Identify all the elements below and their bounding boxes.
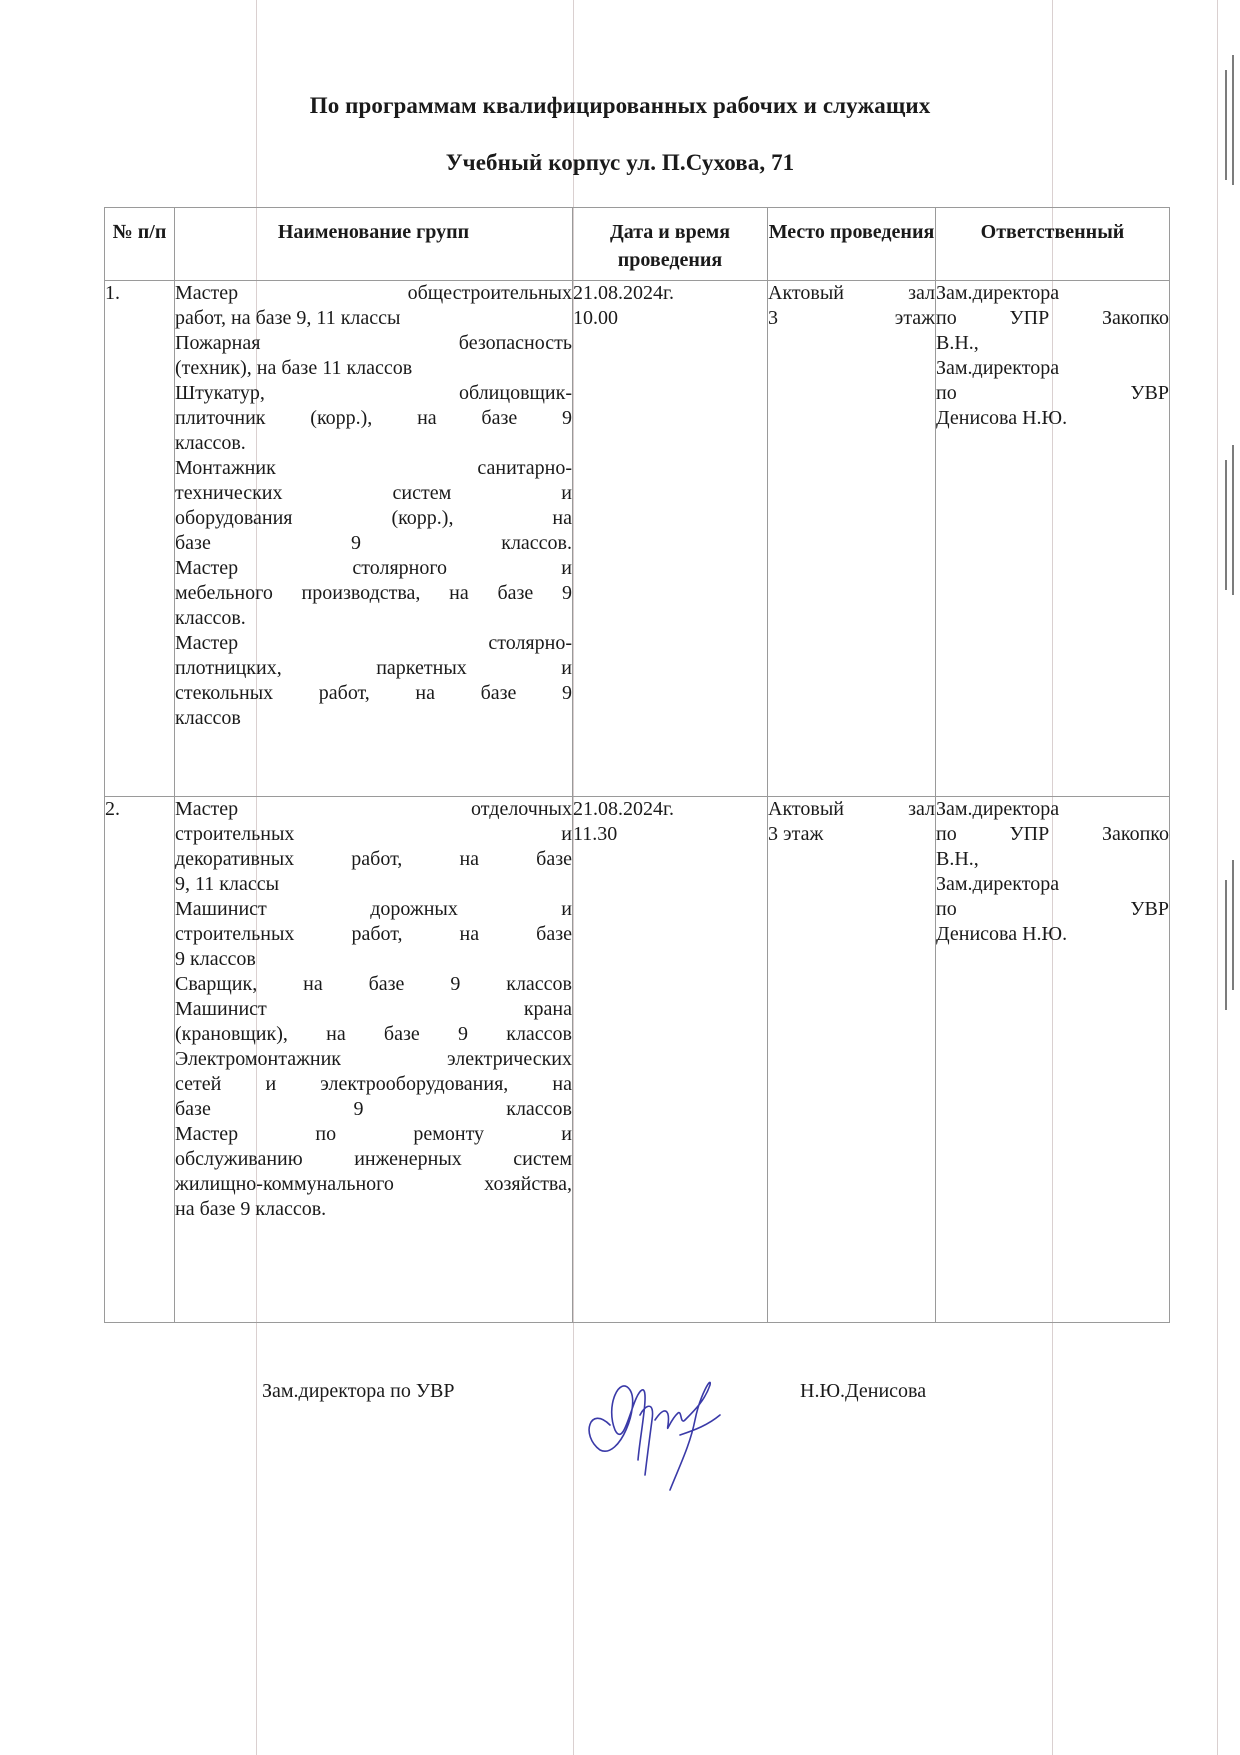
schedule-table: № п/п Наименование групп Дата и время пр… — [104, 207, 1170, 1323]
cell-line: 3 этаж — [768, 822, 935, 847]
header-datetime: Дата и время проведения — [573, 208, 768, 281]
event-time: 11.30 — [573, 822, 767, 847]
handwritten-signature-icon — [570, 1365, 770, 1495]
scan-artifact-line — [1217, 0, 1218, 1755]
cell-line: оборудования (корр.), на — [175, 506, 572, 531]
cell-line: Мастер общестроительных — [175, 281, 572, 306]
responsible-persons: Зам.директорапо УПР ЗакопкоВ.Н.,Зам.дире… — [936, 281, 1170, 797]
cell-line: работ, на базе 9, 11 классы — [175, 306, 572, 331]
cell-line: базе 9 классов. — [175, 531, 572, 556]
group-names: Мастер общестроительныхработ, на базе 9,… — [175, 281, 573, 797]
table-row: 2. Мастер отделочныхстроительных идекора… — [105, 797, 1170, 1323]
cell-line: классов — [175, 706, 572, 731]
cell-line: плотницких, паркетных и — [175, 656, 572, 681]
row-number: 1. — [105, 281, 175, 797]
header-name: Наименование групп — [175, 208, 573, 281]
cell-line: по УПР Закопко — [936, 822, 1169, 847]
cell-line: строительных и — [175, 822, 572, 847]
table-row: 1. Мастер общестроительныхработ, на базе… — [105, 281, 1170, 797]
group-names: Мастер отделочныхстроительных идекоратив… — [175, 797, 573, 1323]
signatory-role: Зам.директора по УВР — [262, 1380, 454, 1403]
event-date: 21.08.2024г. — [573, 797, 767, 822]
cell-line: строительных работ, на базе — [175, 922, 572, 947]
cell-line: базе 9 классов — [175, 1097, 572, 1122]
cell-line: классов. — [175, 606, 572, 631]
cell-line: стекольных работ, на базе 9 — [175, 681, 572, 706]
cell-line: Монтажник санитарно- — [175, 456, 572, 481]
event-date: 21.08.2024г. — [573, 281, 767, 306]
event-place: Актовый зал3 этаж — [768, 797, 936, 1323]
header-place: Место проведения — [768, 208, 936, 281]
cell-line: Денисова Н.Ю. — [936, 922, 1169, 947]
cell-line: по УВР — [936, 897, 1169, 922]
cell-line: Машинист крана — [175, 997, 572, 1022]
cell-line: Сварщик, на базе 9 классов — [175, 972, 572, 997]
cell-line: Машинист дорожных и — [175, 897, 572, 922]
document-subtitle: Учебный корпус ул. П.Сухова, 71 — [0, 150, 1240, 176]
cell-line: Мастер отделочных — [175, 797, 572, 822]
cell-line: на базе 9 классов. — [175, 1197, 572, 1222]
cell-line: классов. — [175, 431, 572, 456]
cell-line: Электромонтажник электрических — [175, 1047, 572, 1072]
event-place: Актовый зал3 этаж — [768, 281, 936, 797]
cell-line: декоративных работ, на базе — [175, 847, 572, 872]
date-time: 21.08.2024г. 10.00 — [573, 281, 768, 797]
cell-line: (крановщик), на базе 9 классов — [175, 1022, 572, 1047]
cell-line: (техник), на базе 11 классов — [175, 356, 572, 381]
event-time: 10.00 — [573, 306, 767, 331]
table-header-row: № п/п Наименование групп Дата и время пр… — [105, 208, 1170, 281]
cell-line: 3 этаж — [768, 306, 935, 331]
cell-line: В.Н., — [936, 331, 1169, 356]
cell-line: сетей и электрооборудования, на — [175, 1072, 572, 1097]
cell-line: жилищно-коммунального хозяйства, — [175, 1172, 572, 1197]
header-num: № п/п — [105, 208, 175, 281]
cell-line: Зам.директора — [936, 872, 1169, 897]
cell-line: Зам.директора — [936, 356, 1169, 381]
cell-line: 9, 11 классы — [175, 872, 572, 897]
scan-artifact-mark — [1225, 880, 1227, 1010]
cell-line: Мастер столярно- — [175, 631, 572, 656]
responsible-persons: Зам.директорапо УПР ЗакопкоВ.Н.,Зам.дире… — [936, 797, 1170, 1323]
row-number: 2. — [105, 797, 175, 1323]
cell-line: Мастер столярного и — [175, 556, 572, 581]
scan-artifact-mark — [1232, 445, 1234, 595]
cell-line: по УВР — [936, 381, 1169, 406]
cell-line: Актовый зал — [768, 797, 935, 822]
scan-artifact-mark — [1225, 460, 1227, 590]
cell-line: мебельного производства, на базе 9 — [175, 581, 572, 606]
cell-line: В.Н., — [936, 847, 1169, 872]
cell-line: Пожарная безопасность — [175, 331, 572, 356]
cell-line: 9 классов — [175, 947, 572, 972]
cell-line: плиточник (корр.), на базе 9 — [175, 406, 572, 431]
header-responsible: Ответственный — [936, 208, 1170, 281]
document-title: По программам квалифицированных рабочих … — [0, 93, 1240, 119]
cell-line: Актовый зал — [768, 281, 935, 306]
signatory-name: Н.Ю.Денисова — [800, 1380, 926, 1403]
cell-line: Зам.директора — [936, 797, 1169, 822]
cell-line: по УПР Закопко — [936, 306, 1169, 331]
date-time: 21.08.2024г. 11.30 — [573, 797, 768, 1323]
cell-line: Зам.директора — [936, 281, 1169, 306]
cell-line: обслуживанию инженерных систем — [175, 1147, 572, 1172]
cell-line: Штукатур, облицовщик- — [175, 381, 572, 406]
scan-artifact-mark — [1232, 860, 1234, 990]
cell-line: Мастер по ремонту и — [175, 1122, 572, 1147]
cell-line: технических систем и — [175, 481, 572, 506]
cell-line: Денисова Н.Ю. — [936, 406, 1169, 431]
